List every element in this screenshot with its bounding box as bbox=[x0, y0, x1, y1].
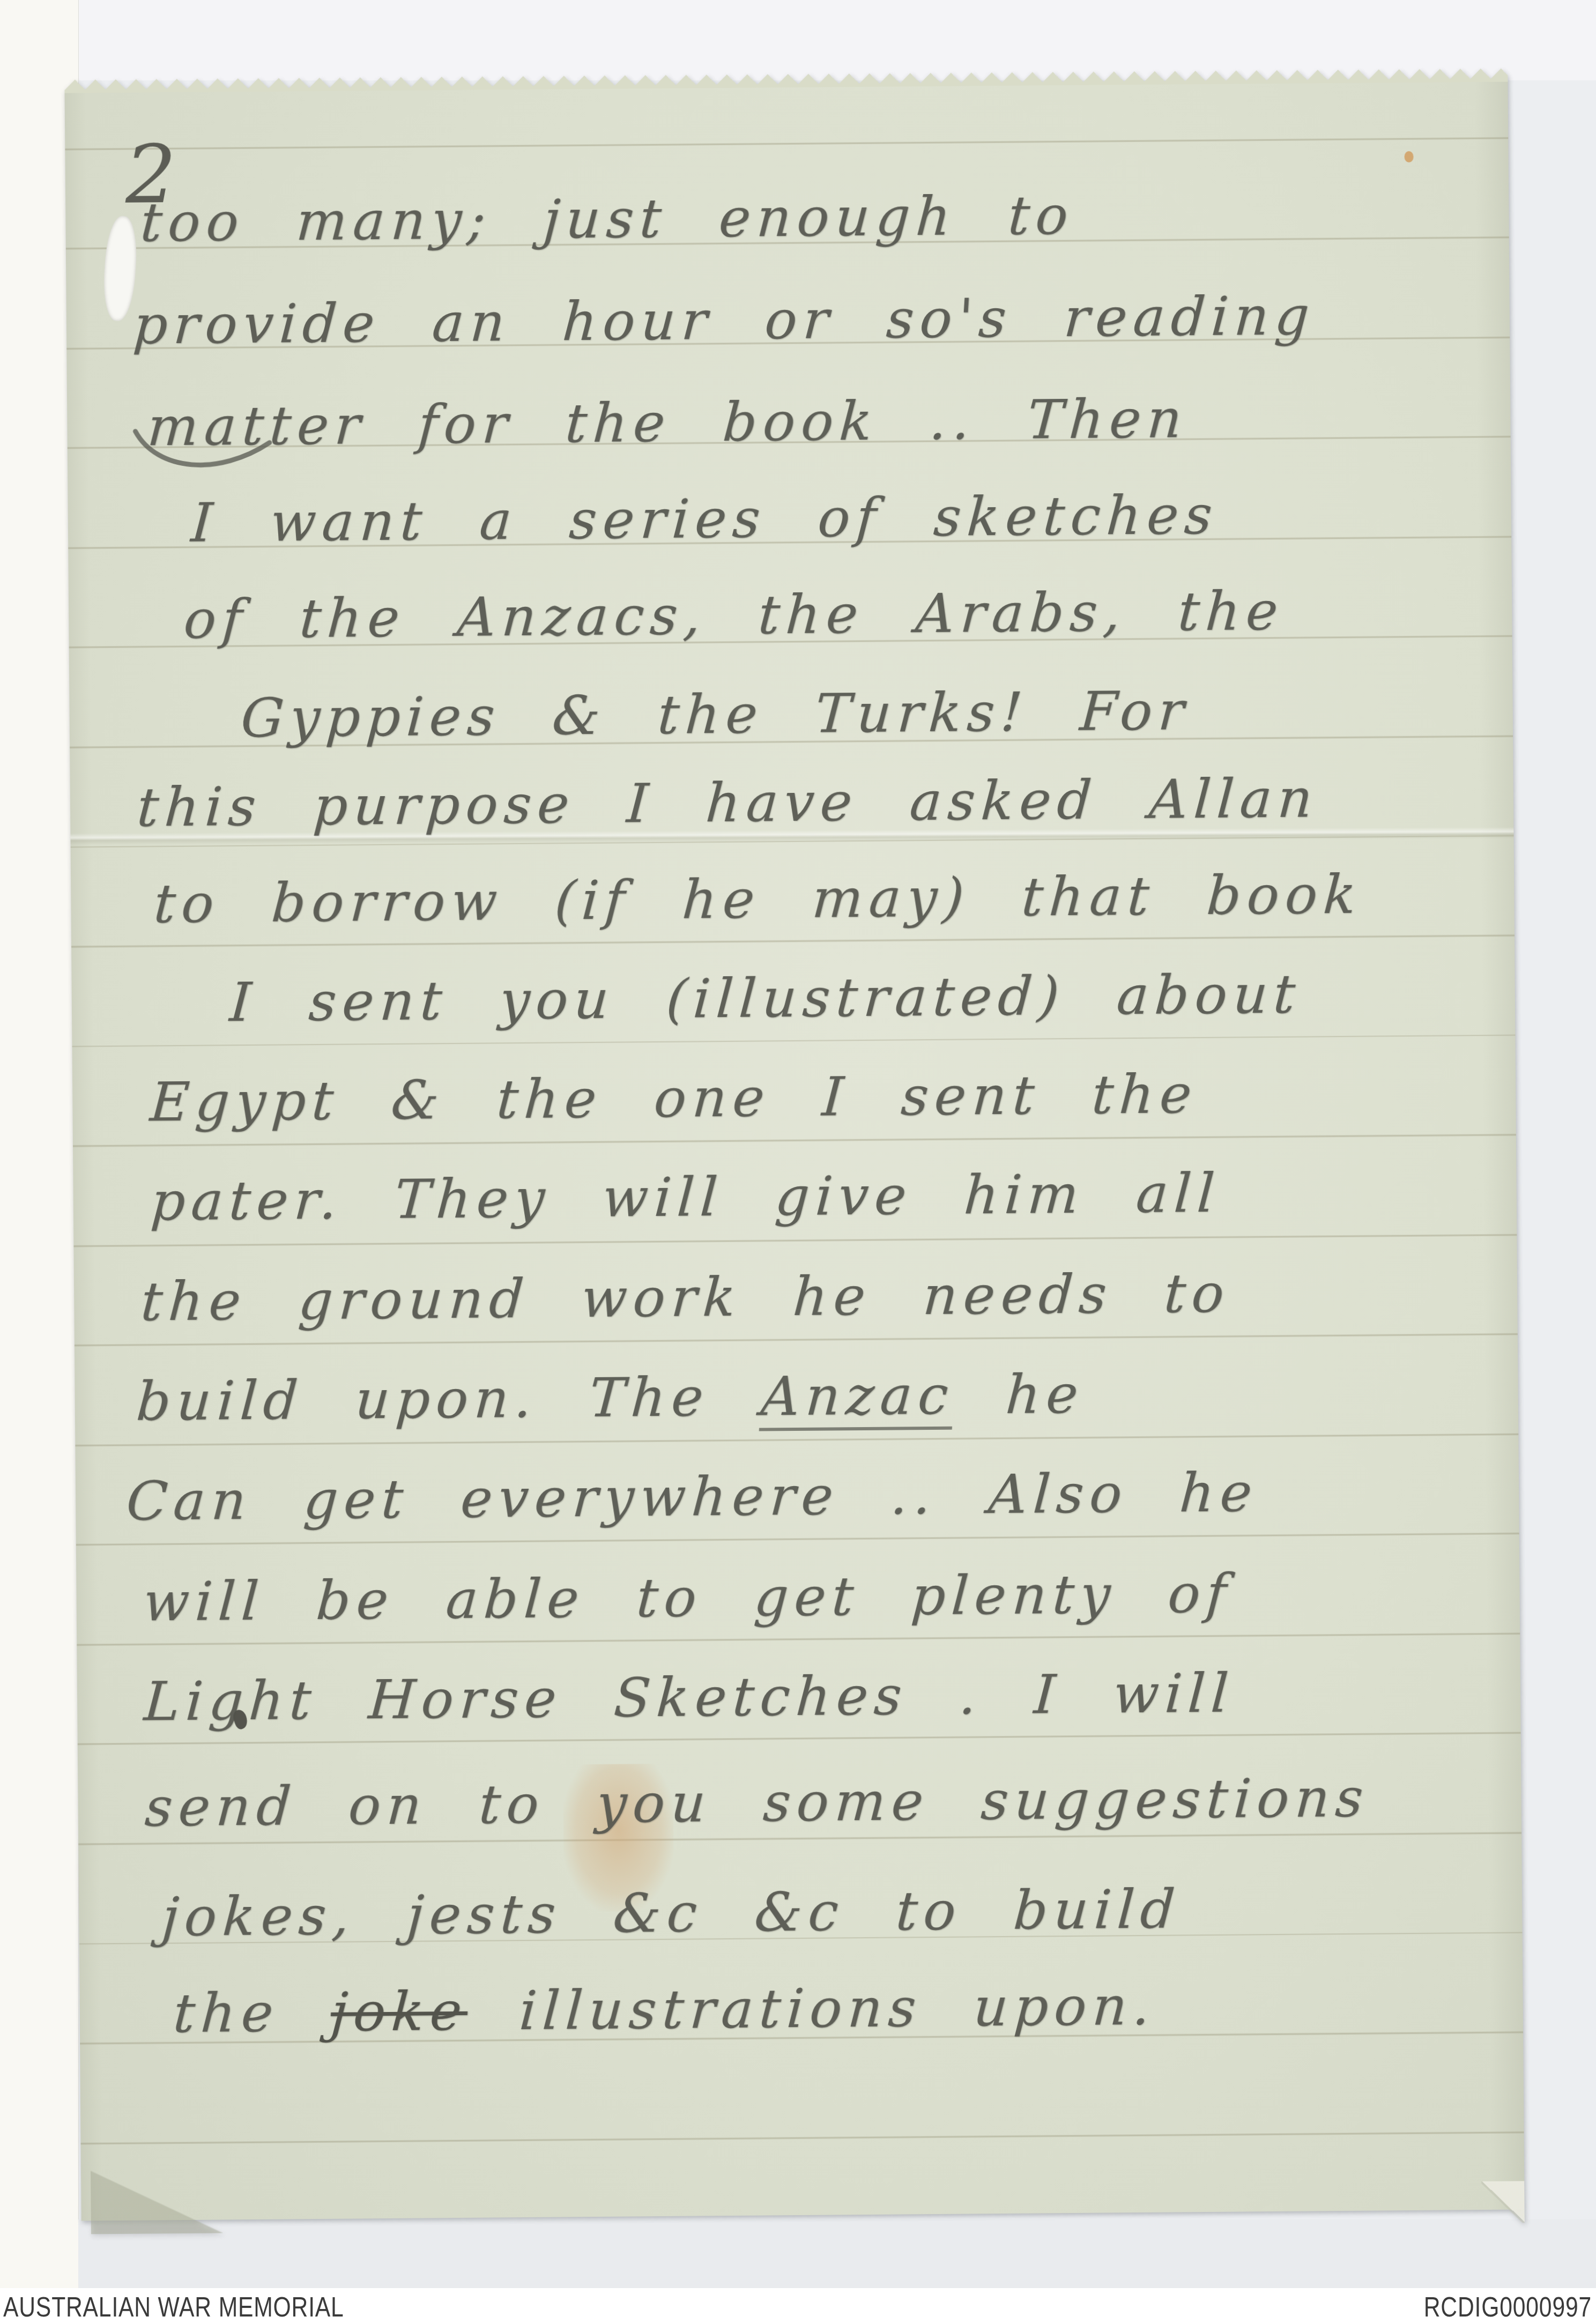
handwriting-line: Can get everywhere .. Also he bbox=[125, 1461, 1260, 1533]
letter-page: 2 too many; just enough to provide an ho… bbox=[64, 68, 1524, 2221]
handwriting-line: will be able to get plenty of bbox=[142, 1562, 1234, 1634]
handwriting-text: the bbox=[172, 1981, 333, 2045]
handwriting-line: Egypt & the one I sent the bbox=[149, 1063, 1200, 1133]
footer-archive-name: AUSTRALIAN WAR MEMORIAL bbox=[3, 2291, 344, 2323]
handwriting-text: he bbox=[952, 1363, 1086, 1427]
handwriting-line: send on to you some suggestions bbox=[143, 1766, 1371, 1839]
handwriting-line: I want a series of sketches bbox=[189, 484, 1220, 554]
handwriting-line: to borrow (if he may) that book bbox=[152, 863, 1364, 935]
struck-word: joke bbox=[329, 1980, 470, 2044]
handwriting-text: illustrations upon. bbox=[466, 1974, 1158, 2043]
handwriting-line: I sent you (illustrated) about bbox=[228, 963, 1303, 1034]
handwriting-line: provide an hour or so's reading bbox=[131, 284, 1317, 356]
footer-bar: AUSTRALIAN WAR MEMORIAL RCDIG0000997 bbox=[0, 2288, 1596, 2324]
rust-fleck bbox=[1404, 151, 1413, 162]
handwriting-line: Gyppies & the Turks! For bbox=[239, 679, 1192, 749]
folded-corner-bottom-right bbox=[1481, 2181, 1525, 2223]
handwriting-line: matter for the book .. Then bbox=[146, 387, 1190, 458]
scanner-background-top bbox=[0, 0, 1596, 80]
handwriting-text: build upon. The bbox=[135, 1365, 763, 1432]
handwriting-line: Light Horse Sketches . I will bbox=[142, 1662, 1236, 1733]
paper-hole bbox=[101, 215, 139, 322]
scanned-letter: 2 too many; just enough to provide an ho… bbox=[0, 0, 1596, 2324]
footer-item-id: RCDIG0000997 bbox=[1424, 2291, 1592, 2323]
underlined-word: Anzac bbox=[759, 1364, 956, 1431]
handwriting-line: the joke illustrations upon. bbox=[172, 1974, 1158, 2045]
handwriting-line: the ground work he needs to bbox=[139, 1262, 1232, 1333]
handwriting-line: pater. They will give him all bbox=[149, 1162, 1222, 1233]
folded-corner-bottom-left bbox=[91, 2170, 223, 2234]
handwriting-line: build upon. The Anzac he bbox=[135, 1363, 1086, 1433]
handwriting-line: jokes, jests &c &c to build bbox=[160, 1877, 1183, 1948]
handwriting-line: of the Anzacs, the Arabs, the bbox=[182, 580, 1286, 651]
handwriting-line: too many; just enough to bbox=[139, 184, 1076, 254]
scanner-background-bottom bbox=[78, 2219, 1596, 2288]
handwriting-line: this purpose I have asked Allan bbox=[135, 767, 1320, 838]
